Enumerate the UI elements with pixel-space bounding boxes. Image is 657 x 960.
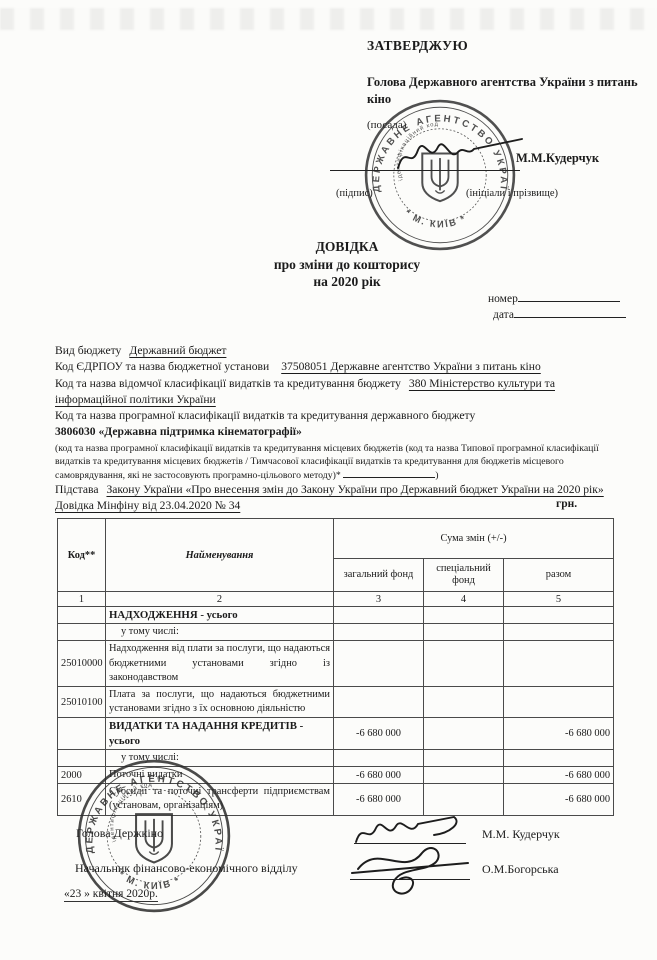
budget-type-value: Державний бюджет <box>129 344 226 357</box>
signatory-2-signature-icon <box>348 843 476 905</box>
dept-class-line-2: інформаційної політики України <box>55 392 619 408</box>
initials-hint-label: (ініціали і прізвище) <box>466 188 558 199</box>
table-row: у тому числі: <box>58 624 614 641</box>
number-blank-field <box>518 291 620 302</box>
title-line-3: на 2020 рік <box>222 273 472 291</box>
col-num-2: 2 <box>106 592 334 607</box>
svg-text:* М. КИЇВ *: * М. КИЇВ * <box>403 208 469 230</box>
col-header-general-fund: загальний фонд <box>334 559 424 592</box>
prog-class-value: 3806030 «Державна підтримка кінематограф… <box>55 425 302 438</box>
column-numbers-row: 1 2 3 4 5 <box>58 592 614 607</box>
col-num-5: 5 <box>504 592 614 607</box>
note-text: (код та назва програмної класифікації ви… <box>55 443 599 481</box>
stamp-city-text: * М. КИЇВ * <box>403 208 469 230</box>
table-header-row: Код** Найменування Сума змін (+/-) <box>58 519 614 559</box>
dept-class-label: Код та назва відомчої класифікації видат… <box>55 377 401 390</box>
table-row: 25010000 Надходження від плати за послуг… <box>58 641 614 687</box>
basis-line: ПідставаЗакону України «Про внесення змі… <box>55 482 619 498</box>
approver-signature-icon <box>392 134 528 176</box>
basis-line-2: Довідка Мінфіну від 23.04.2020 № 34 <box>55 498 619 514</box>
budget-type-line: Вид бюджетуДержавний бюджет <box>55 343 619 359</box>
col-header-code: Код** <box>58 519 106 592</box>
date-blank-field <box>514 307 626 318</box>
dept-class-value-1: 380 Міністерство культури та <box>409 377 555 390</box>
prog-class-value-line: 3806030 «Державна підтримка кінематограф… <box>55 424 619 440</box>
currency-label: грн. <box>556 498 577 510</box>
budget-type-label: Вид бюджету <box>55 344 121 357</box>
signatory-2-position: Начальник фінансово-економічного відділу <box>75 861 298 876</box>
table-row: 25010100 Плата за послуги, що надаються … <box>58 687 614 718</box>
signatory-1-name: М.М. Кудерчук <box>482 827 560 842</box>
col-header-name: Найменування <box>106 519 334 592</box>
scan-artifact-band <box>0 8 657 30</box>
number-row: номер <box>488 291 626 307</box>
signatory-2-name: О.М.Богорська <box>482 862 559 877</box>
edrpou-label: Код ЄДРПОУ та назва бюджетної установи <box>55 360 269 373</box>
number-label: номер <box>488 293 518 305</box>
col-num-3: 3 <box>334 592 424 607</box>
col-header-total: разом <box>504 559 614 592</box>
number-date-block: номер дата <box>488 291 626 323</box>
col-num-1: 1 <box>58 592 106 607</box>
col-header-sum: Сума змін (+/-) <box>334 519 614 559</box>
signature-hint-label: (підпис) <box>336 188 373 199</box>
dept-class-line: Код та назва відомчої класифікації видат… <box>55 376 619 392</box>
table-row: НАДХОДЖЕННЯ - усього <box>58 607 614 624</box>
form-body: Вид бюджетуДержавний бюджет Код ЄДРПОУ т… <box>55 343 619 514</box>
date-row: дата <box>488 307 626 323</box>
signatory-1-position: Голова Держкіно <box>76 826 163 841</box>
col-header-special-fund: спеціальний фонд <box>424 559 504 592</box>
col-num-4: 4 <box>424 592 504 607</box>
local-budgets-note: (код та назва програмної класифікації ви… <box>55 442 619 482</box>
table-row: ВИДАТКИ ТА НАДАННЯ КРЕДИТІВ - усього -6 … <box>58 718 614 749</box>
scanned-document-page: ЗАТВЕРДЖУЮ Голова Державного агентства У… <box>0 0 657 960</box>
edrpou-line: Код ЄДРПОУ та назва бюджетної установи37… <box>55 359 619 375</box>
date-label: дата <box>493 309 514 321</box>
basis-minfin-reference: Довідка Мінфіну від 23.04.2020 № 34 <box>55 499 240 512</box>
dept-class-value-2: інформаційної політики України <box>55 393 216 406</box>
note-tail: ) <box>435 470 438 481</box>
approve-heading: ЗАТВЕРДЖУЮ <box>367 38 468 54</box>
prog-class-line: Код та назва програмної класифікації вид… <box>55 408 619 424</box>
basis-label: Підстава <box>55 483 98 496</box>
basis-value: Закону України «Про внесення змін до Зак… <box>106 483 603 496</box>
prog-class-label: Код та назва програмної класифікації вид… <box>55 409 475 422</box>
edrpou-value: 37508051 Державне агентство України з пи… <box>281 360 541 373</box>
note-blank-field <box>343 469 435 478</box>
approver-name: М.М.Кудерчук <box>516 151 599 166</box>
signing-date: «23 » квітня 2020р. <box>64 888 158 902</box>
title-line-2: про зміни до кошторису <box>222 256 472 274</box>
